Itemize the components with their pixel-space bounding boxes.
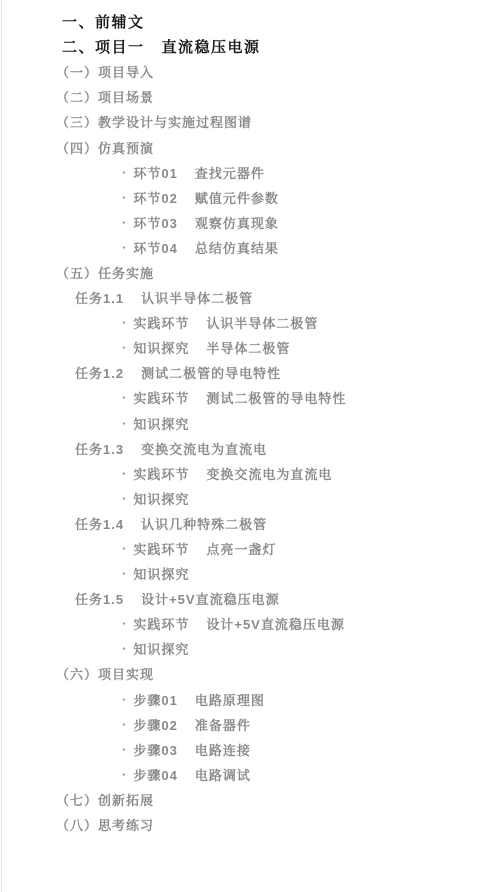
- toc-item-label: 一、前辅文: [62, 11, 145, 32]
- toc-item[interactable]: ·环节01查找元器件: [0, 160, 504, 185]
- toc-item[interactable]: ·环节03观察仿真现象: [0, 210, 504, 235]
- toc-item-title: 认识半导体二极管: [206, 313, 318, 332]
- toc-item[interactable]: ·知识探究: [0, 411, 504, 436]
- toc-item[interactable]: ·实践环节设计+5V直流稳压电源: [0, 611, 504, 636]
- toc-item-label: 环节04: [133, 238, 177, 257]
- bullet-icon: ·: [122, 616, 127, 631]
- bullet-icon: ·: [122, 315, 127, 330]
- toc-item[interactable]: 任务1.3变换交流电为直流电: [0, 436, 504, 461]
- toc-item-label: （七）创新拓展: [56, 790, 154, 809]
- toc-item[interactable]: （八）思考练习: [0, 812, 504, 837]
- toc-item-label: （五）任务实施: [56, 263, 154, 282]
- toc-item[interactable]: ·知识探究: [0, 561, 504, 586]
- toc-item-label: 知识探究: [133, 414, 189, 433]
- bullet-icon: ·: [122, 340, 127, 355]
- bullet-icon: ·: [122, 390, 127, 405]
- toc-item[interactable]: 任务1.4认识几种特殊二极管: [0, 511, 504, 536]
- toc-item-label: （一）项目导入: [56, 62, 154, 81]
- toc-item-label: 知识探究: [133, 338, 189, 357]
- toc-item-title: 认识半导体二极管: [141, 288, 253, 307]
- toc-item-label: 实践环节: [133, 614, 189, 633]
- toc-item[interactable]: 任务1.5设计+5V直流稳压电源: [0, 586, 504, 611]
- toc-item-label: 实践环节: [133, 539, 189, 558]
- toc-item[interactable]: ·知识探究: [0, 636, 504, 661]
- bullet-icon: ·: [122, 190, 127, 205]
- toc-item-label: 步骤02: [133, 715, 177, 734]
- toc-item-label: 实践环节: [133, 388, 189, 407]
- toc-item-title: 赋值元件参数: [195, 188, 279, 207]
- toc-item-title: 总结仿真结果: [195, 238, 279, 257]
- toc-item[interactable]: 二、项目一直流稳压电源: [0, 34, 504, 59]
- toc-item-label: 任务1.1: [75, 288, 124, 307]
- toc-item[interactable]: 任务1.1认识半导体二极管: [0, 285, 504, 310]
- toc-item-label: （八）思考练习: [56, 815, 154, 834]
- toc-item-label: 知识探究: [133, 489, 189, 508]
- toc-item[interactable]: ·实践环节测试二极管的导电特性: [0, 385, 504, 410]
- toc-item[interactable]: ·知识探究半导体二极管: [0, 335, 504, 360]
- toc-item-title: 测试二极管的导电特性: [141, 363, 281, 382]
- toc-item-label: 步骤01: [133, 690, 177, 709]
- toc-item[interactable]: ·环节04总结仿真结果: [0, 235, 504, 260]
- toc-item-title: 测试二极管的导电特性: [206, 388, 346, 407]
- toc-item-title: 电路原理图: [195, 690, 265, 709]
- toc-item[interactable]: ·实践环节点亮一盏灯: [0, 536, 504, 561]
- toc-item[interactable]: （六）项目实现: [0, 661, 504, 686]
- bullet-icon: ·: [122, 541, 127, 556]
- toc-item[interactable]: ·步骤04电路调试: [0, 762, 504, 787]
- toc-item[interactable]: ·步骤03电路连接: [0, 737, 504, 762]
- toc-item[interactable]: ·步骤02准备器件: [0, 712, 504, 737]
- toc-item-title: 电路调试: [195, 765, 251, 784]
- toc-item-title: 点亮一盏灯: [206, 539, 276, 558]
- toc-item-label: 任务1.5: [75, 589, 124, 608]
- toc-item-title: 认识几种特殊二极管: [141, 514, 267, 533]
- toc-item-label: 任务1.4: [75, 514, 124, 533]
- bullet-icon: ·: [122, 466, 127, 481]
- toc-item[interactable]: ·知识探究: [0, 486, 504, 511]
- toc-item-title: 设计+5V直流稳压电源: [206, 614, 345, 633]
- toc-item[interactable]: （三）教学设计与实施过程图谱: [0, 109, 504, 134]
- toc-item[interactable]: 任务1.2测试二极管的导电特性: [0, 360, 504, 385]
- bullet-icon: ·: [122, 240, 127, 255]
- toc-item-label: 环节03: [133, 213, 177, 232]
- toc-item-title: 电路连接: [195, 740, 251, 759]
- toc-item-title: 设计+5V直流稳压电源: [141, 589, 280, 608]
- toc-item-title: 直流稳压电源: [162, 36, 261, 57]
- toc-item-title: 查找元器件: [195, 163, 265, 182]
- toc-item-label: 二、项目一: [62, 36, 145, 57]
- toc-item-label: 环节01: [133, 163, 177, 182]
- bullet-icon: ·: [122, 215, 127, 230]
- toc-item[interactable]: ·实践环节认识半导体二极管: [0, 310, 504, 335]
- toc-item-label: 知识探究: [133, 564, 189, 583]
- bullet-icon: ·: [122, 692, 127, 707]
- table-of-contents: 一、前辅文二、项目一直流稳压电源（一）项目导入（二）项目场景（三）教学设计与实施…: [0, 9, 504, 837]
- toc-item-label: 知识探究: [133, 639, 189, 658]
- toc-item[interactable]: ·实践环节变换交流电为直流电: [0, 461, 504, 486]
- bullet-icon: ·: [122, 491, 127, 506]
- toc-item-label: 实践环节: [133, 464, 189, 483]
- toc-item-title: 观察仿真现象: [195, 213, 279, 232]
- toc-item-label: 步骤04: [133, 765, 177, 784]
- toc-item-label: 环节02: [133, 188, 177, 207]
- bullet-icon: ·: [122, 742, 127, 757]
- toc-item[interactable]: ·环节02赋值元件参数: [0, 185, 504, 210]
- toc-page: 一、前辅文二、项目一直流稳压电源（一）项目导入（二）项目场景（三）教学设计与实施…: [0, 0, 504, 892]
- toc-item[interactable]: （四）仿真预演: [0, 134, 504, 159]
- toc-item-label: （三）教学设计与实施过程图谱: [56, 112, 252, 131]
- toc-item[interactable]: （七）创新拓展: [0, 787, 504, 812]
- bullet-icon: ·: [122, 566, 127, 581]
- toc-item[interactable]: （二）项目场景: [0, 84, 504, 109]
- toc-item[interactable]: （一）项目导入: [0, 59, 504, 84]
- toc-item-label: （四）仿真预演: [56, 138, 154, 157]
- toc-item-label: （二）项目场景: [56, 87, 154, 106]
- bullet-icon: ·: [122, 641, 127, 656]
- toc-item-label: 任务1.3: [75, 439, 124, 458]
- toc-item-title: 变换交流电为直流电: [141, 439, 267, 458]
- toc-item-title: 变换交流电为直流电: [206, 464, 332, 483]
- toc-item-title: 准备器件: [195, 715, 251, 734]
- bullet-icon: ·: [122, 717, 127, 732]
- toc-item-label: （六）项目实现: [56, 664, 154, 683]
- toc-item-label: 实践环节: [133, 313, 189, 332]
- bullet-icon: ·: [122, 165, 127, 180]
- bullet-icon: ·: [122, 416, 127, 431]
- toc-item-label: 任务1.2: [75, 363, 124, 382]
- toc-item[interactable]: （五）任务实施: [0, 260, 504, 285]
- toc-item[interactable]: 一、前辅文: [0, 9, 504, 34]
- bullet-icon: ·: [122, 767, 127, 782]
- toc-item-label: 步骤03: [133, 740, 177, 759]
- toc-item-title: 半导体二极管: [206, 338, 290, 357]
- toc-item[interactable]: ·步骤01电路原理图: [0, 687, 504, 712]
